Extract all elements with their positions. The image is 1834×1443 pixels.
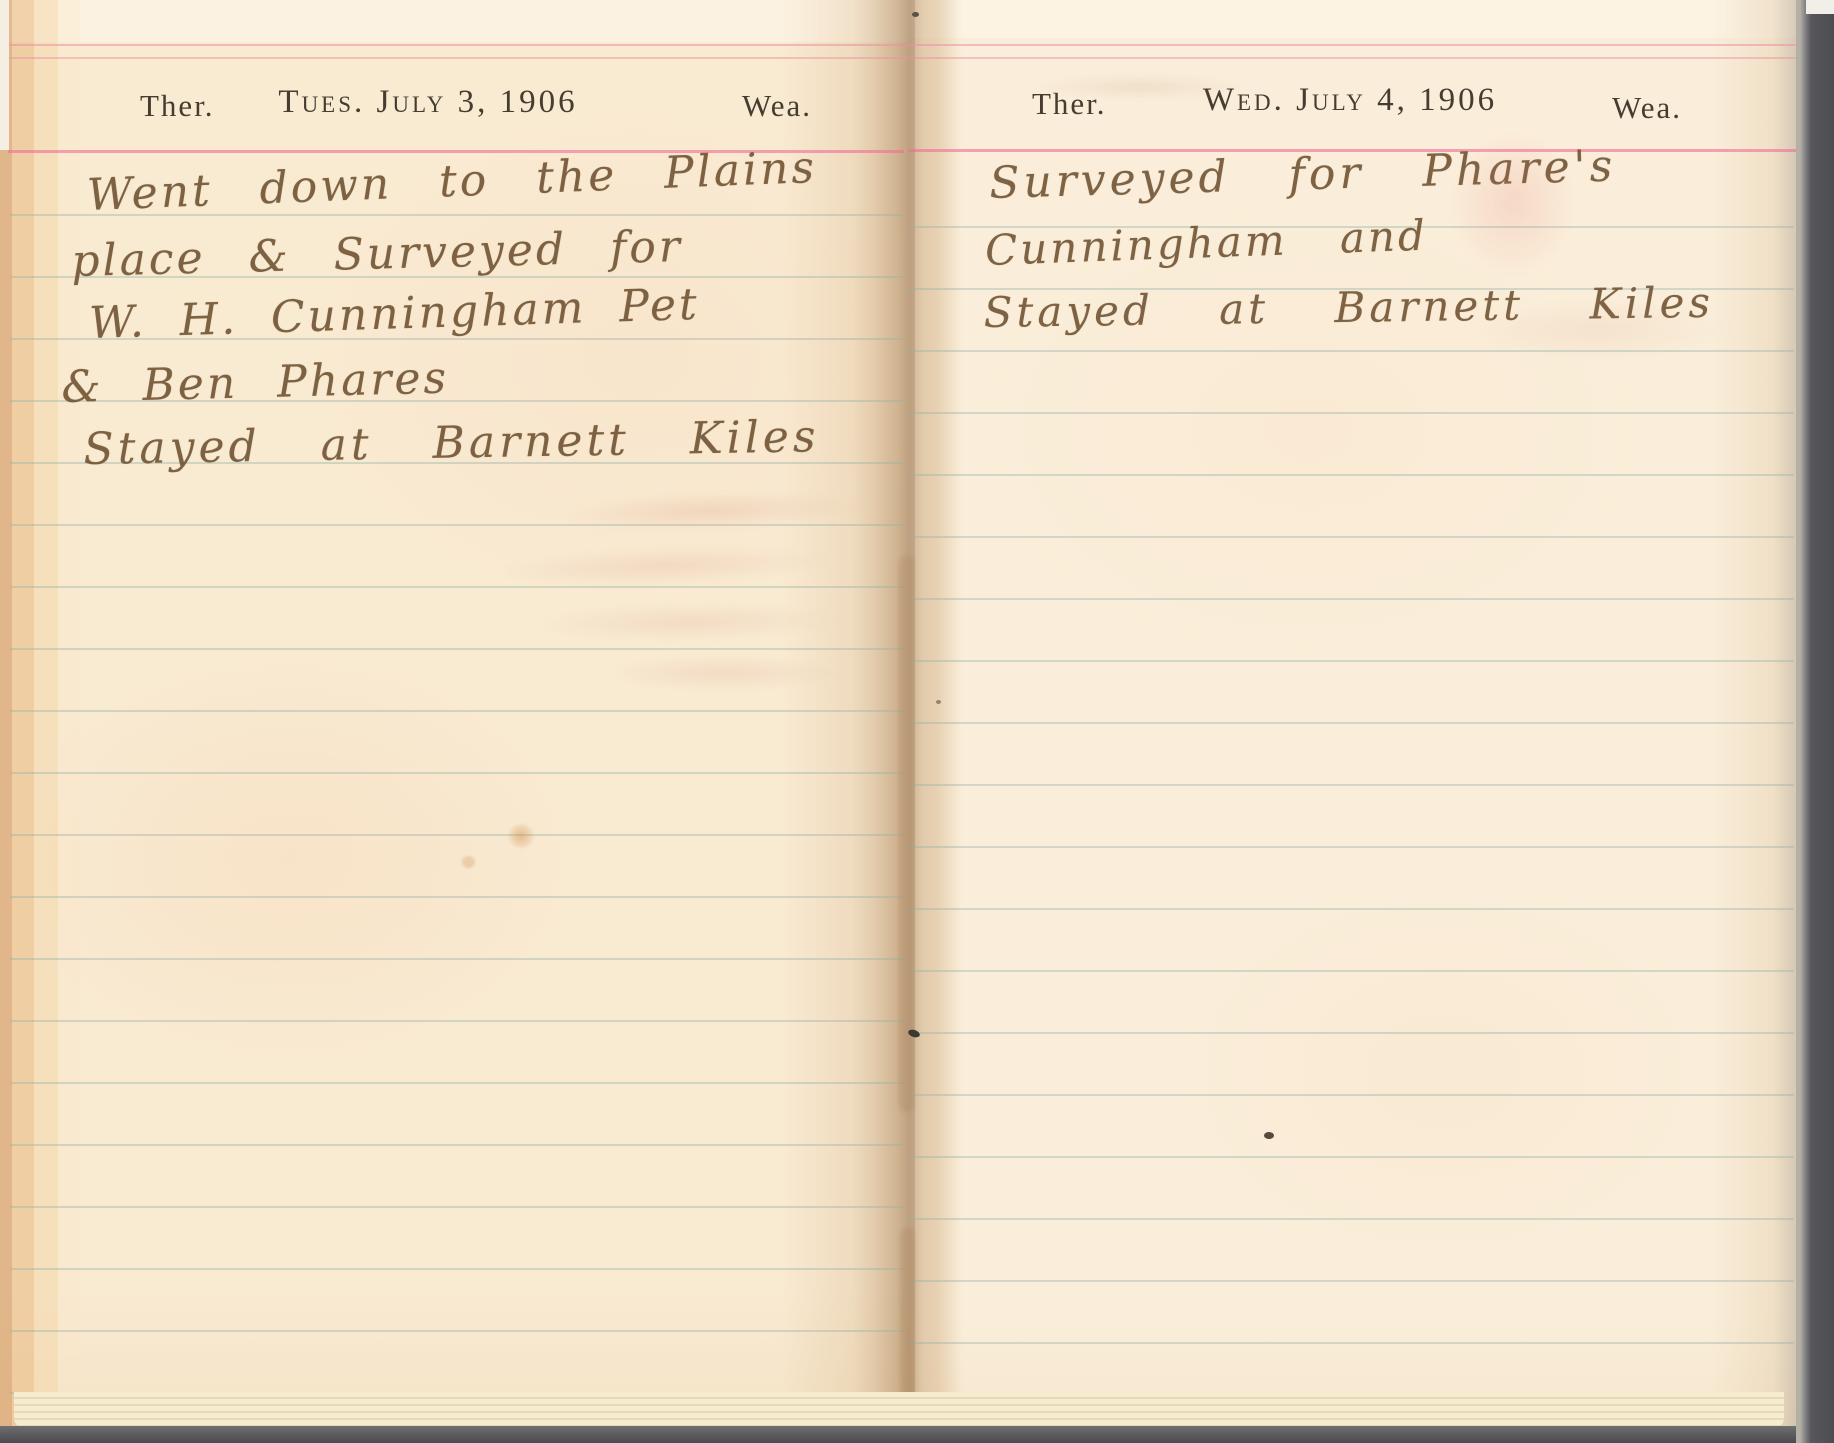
ink-speck [1264, 1132, 1274, 1139]
bottom-page-edge-stack [14, 1392, 1784, 1428]
ink-speck [912, 12, 919, 17]
wea-label-right: Wea. [1612, 90, 1682, 126]
stain-spot [462, 856, 475, 868]
scanner-background-right [1796, 0, 1834, 1443]
top-rule-upper [8, 44, 1798, 46]
date-heading-left: Tues. July 3, 1906 [278, 84, 578, 121]
wea-label-left: Wea. [742, 88, 812, 124]
ther-label-left: Ther. [140, 88, 215, 124]
bleed-through-smudge [610, 656, 840, 690]
top-rule-lower [8, 57, 1798, 59]
handwriting-line: & Ben Phares [61, 353, 450, 413]
stain-spot [508, 824, 534, 848]
left-page-edge-highlight [0, 0, 9, 150]
bleed-through-smudge [1030, 74, 1250, 100]
bleed-through-smudge [540, 601, 841, 642]
scanner-corner-highlight [1806, 0, 1834, 14]
ghost-flourish [1448, 128, 1578, 278]
ruled-lines-right [908, 226, 1794, 1394]
diary-scan: Ther. Tues. July 3, 1906 Wea. Ther. Wed.… [0, 0, 1834, 1443]
scanner-background-bottom [0, 1426, 1834, 1443]
ink-speck [936, 700, 941, 704]
bleed-through-smudge [1470, 300, 1730, 360]
